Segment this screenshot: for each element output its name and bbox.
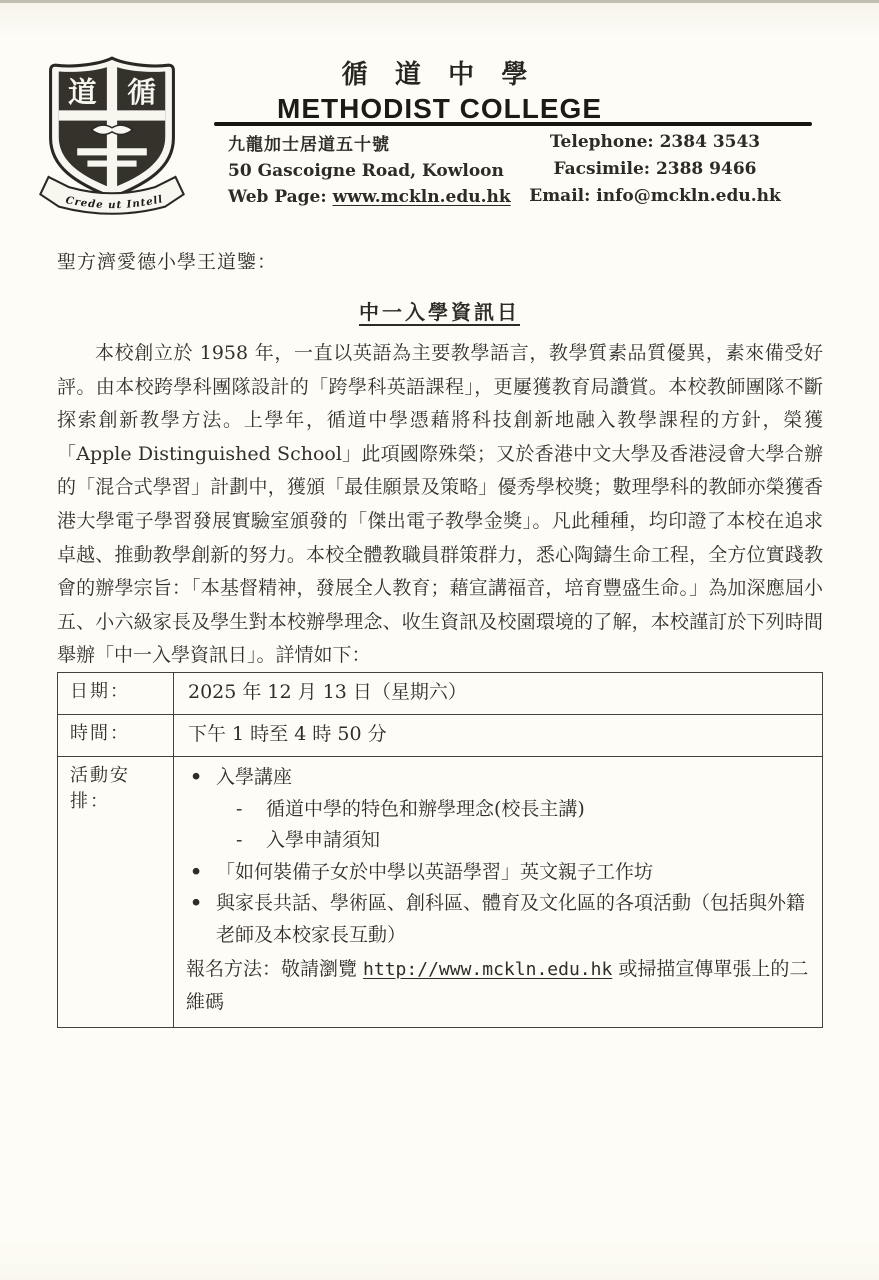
school-name-chinese: 循 道 中 學 (0, 54, 879, 91)
activities-label: 活動安排： (58, 757, 174, 1028)
telephone-line: Telephone: 2384 3543 (500, 129, 810, 156)
event-info-table: 日期： 2025 年 12 月 13 日（星期六） 時間： 下午 1 時至 4 … (57, 672, 823, 1028)
webpage-line: Web Page: www.mckln.edu.hk (228, 184, 511, 210)
address-chinese: 九龍加士居道五十號 (228, 132, 511, 158)
activity-item: 「如何裝備子女於中學以英語學習」英文親子工作坊 (178, 857, 814, 889)
registration-prefix: 報名方法：敬請瀏覽 (186, 958, 363, 980)
crest-lamp-base (87, 161, 136, 167)
letter-title-text: 中一入學資訊日 (359, 300, 520, 324)
date-label: 日期： (58, 673, 174, 715)
address-english: 50 Gascoigne Road, Kowloon (228, 158, 511, 184)
contact-block: Telephone: 2384 3543 Facsimile: 2388 946… (500, 129, 810, 210)
activity-item: 入學講座 (178, 762, 814, 794)
table-row-activities: 活動安排： 入學講座 循道中學的特色和辦學理念(校長主講) 入學申請須知 「如何… (58, 757, 823, 1028)
table-row-date: 日期： 2025 年 12 月 13 日（星期六） (58, 673, 823, 715)
activity-subitem: 入學申請須知 (178, 825, 814, 857)
facsimile-line: Facsimile: 2388 9466 (500, 156, 810, 183)
school-name-english: METHODIST COLLEGE (0, 93, 879, 125)
activity-subitem: 循道中學的特色和辦學理念(校長主講) (178, 794, 814, 826)
time-label: 時間： (58, 715, 174, 757)
email-line: Email: info@mckln.edu.hk (500, 183, 810, 210)
crest-lamp-top (77, 148, 147, 155)
activity-item: 與家長共話、學術區、創科區、體育及文化區的各項活動（包括與外籍老師及本校家長互動… (178, 888, 814, 951)
activities-cell: 入學講座 循道中學的特色和辦學理念(校長主講) 入學申請須知 「如何裝備子女於中… (174, 757, 823, 1028)
scanned-letter-page: 道 循 Crede ut Intelligas 循 道 中 學 METHODIS… (0, 0, 879, 1280)
registration-line: 報名方法：敬請瀏覽 http://www.mckln.edu.hk 或掃描宣傳單… (178, 953, 814, 1019)
date-value: 2025 年 12 月 13 日（星期六） (174, 673, 823, 715)
letter-body-paragraph: 本校創立於 1958 年，一直以英語為主要教學語言，教學質素品質優異，素來備受好… (57, 337, 823, 673)
webpage-label: Web Page: (228, 187, 333, 207)
letter-title: 中一入學資訊日 (0, 296, 879, 325)
header-divider-line (214, 122, 812, 126)
table-row-time: 時間： 下午 1 時至 4 時 50 分 (58, 715, 823, 757)
crest-lamp-stem (108, 155, 116, 160)
time-value: 下午 1 時至 4 時 50 分 (174, 715, 823, 757)
registration-url-link[interactable]: http://www.mckln.edu.hk (363, 959, 612, 980)
address-block: 九龍加士居道五十號 50 Gascoigne Road, Kowloon Web… (228, 132, 511, 210)
scan-edge-artifact (0, 0, 879, 3)
header-name-block: 循 道 中 學 METHODIST COLLEGE (0, 54, 879, 125)
salutation: 聖方濟愛德小學王道鑒： (57, 247, 277, 274)
webpage-link[interactable]: www.mckln.edu.hk (333, 187, 511, 207)
